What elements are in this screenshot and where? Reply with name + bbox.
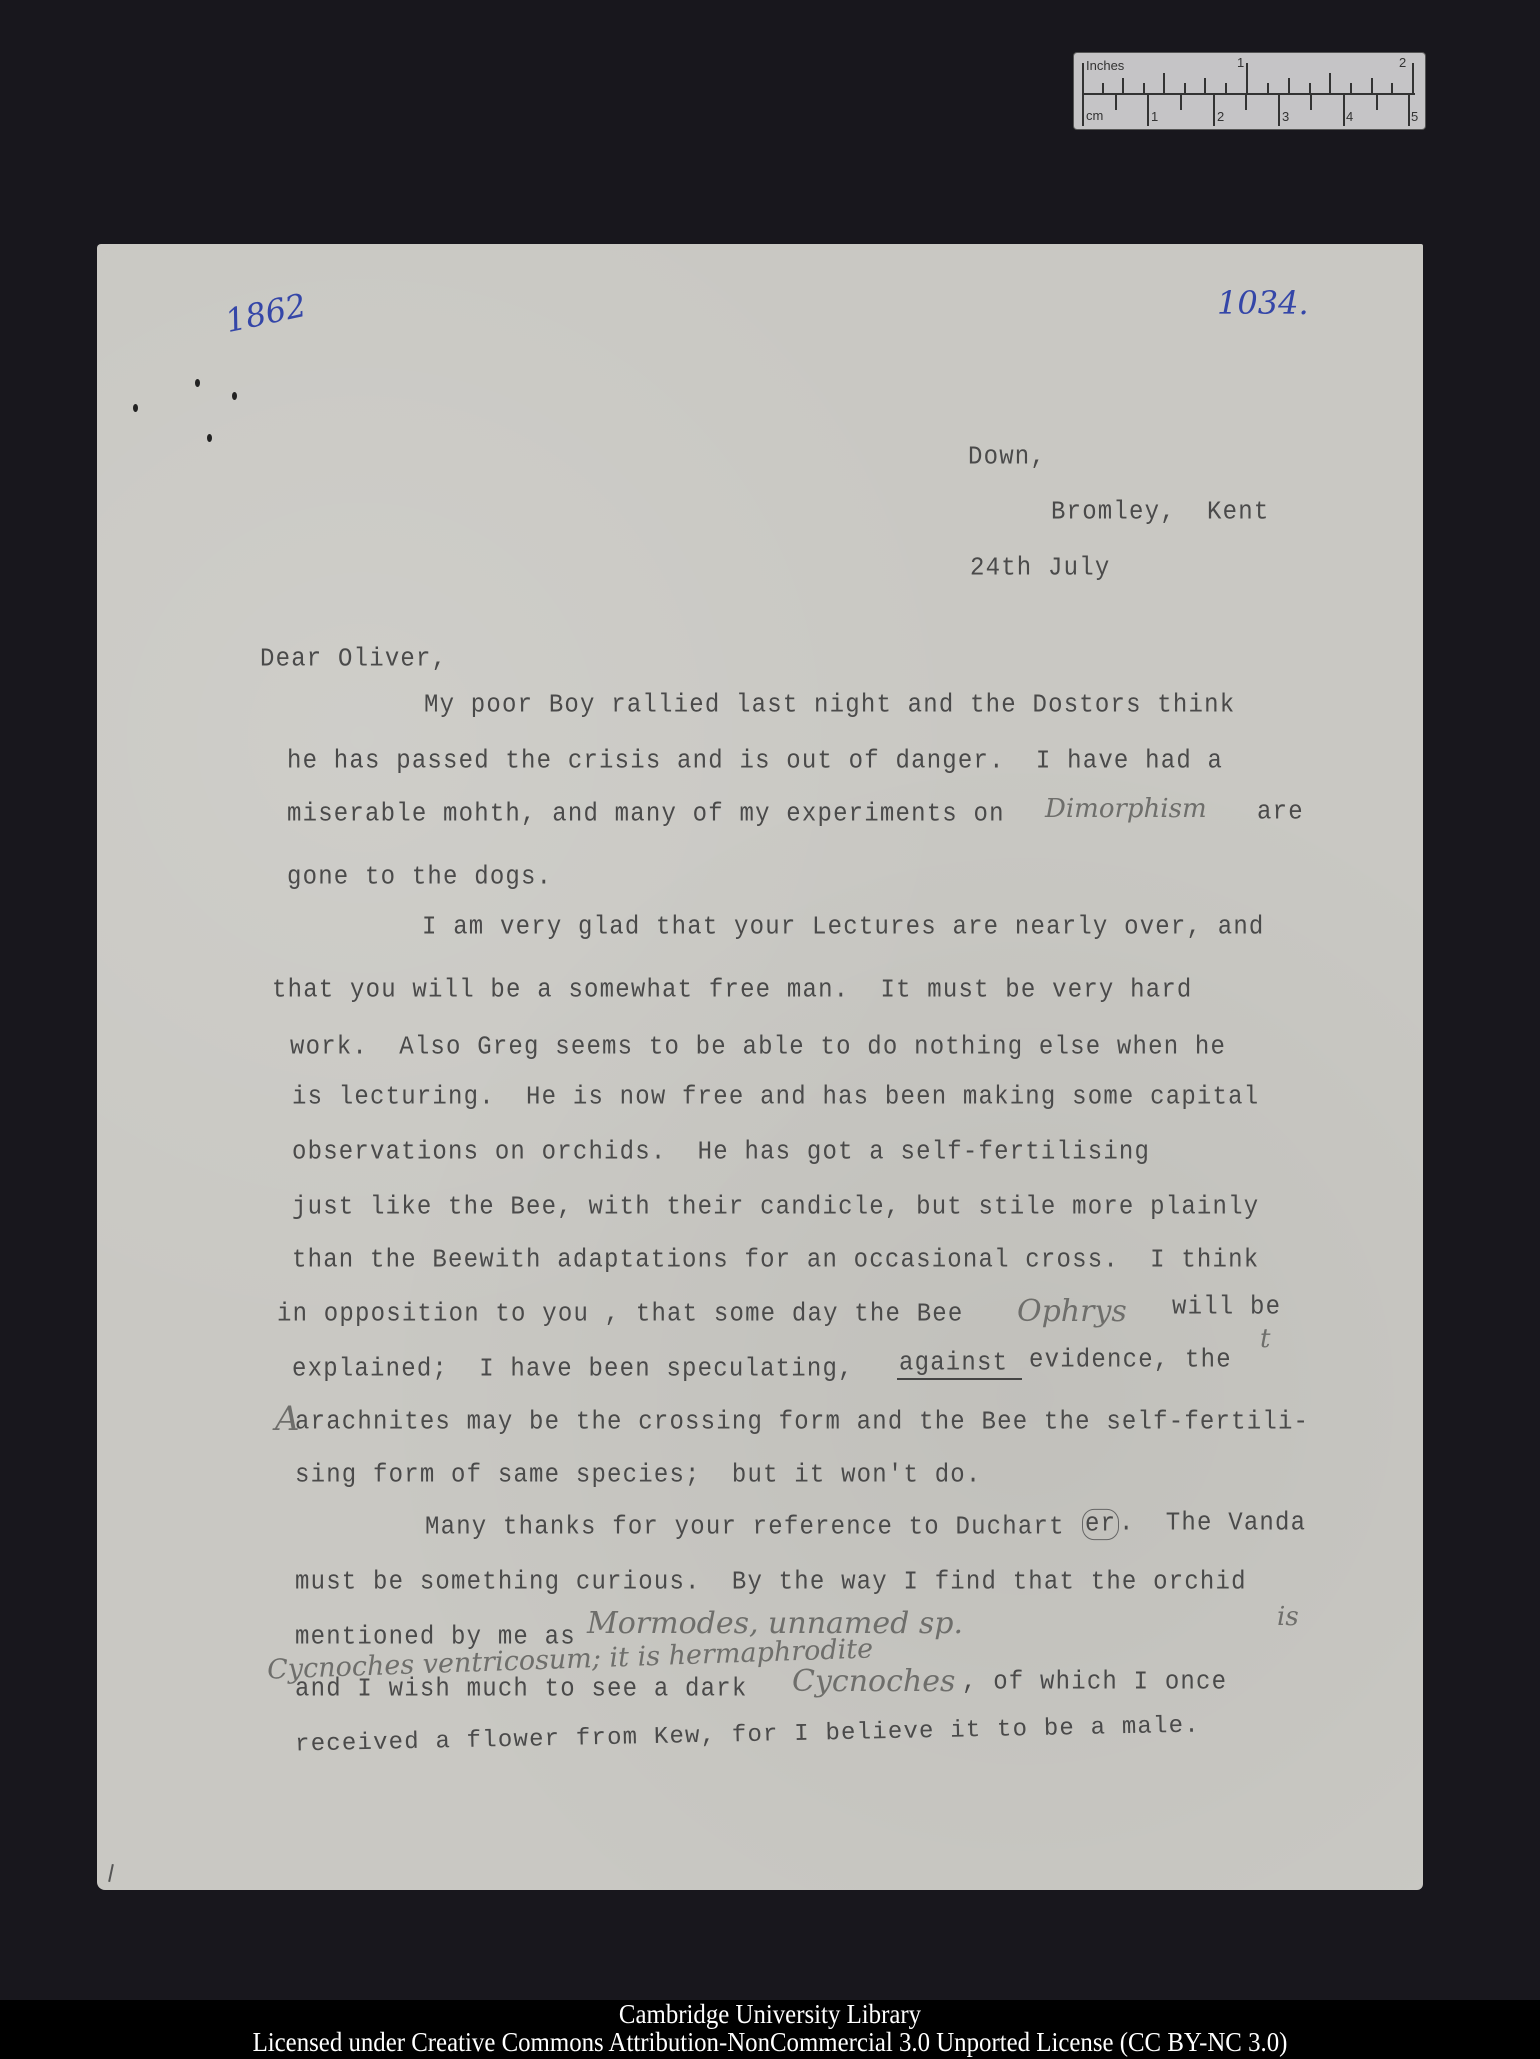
attribution-footer: Cambridge University Library Licensed un… — [0, 2000, 1540, 2059]
ruler-cm-5: 5 — [1411, 109, 1418, 124]
pencil-ophrys: Ophrys — [1017, 1294, 1127, 1329]
letter-date: 24th July — [970, 554, 1110, 583]
body-line: explained; I have been speculating, — [292, 1355, 854, 1384]
body-line: arachnites may be the crossing form and … — [295, 1408, 1309, 1437]
body-line: miserable mohth, and many of my experime… — [287, 800, 1005, 829]
punch-mark — [195, 379, 200, 387]
body-line: will be — [1172, 1293, 1281, 1322]
ruler-cm-1: 1 — [1151, 109, 1158, 124]
body-line: received a flower from Kew, for I believ… — [295, 1713, 1200, 1759]
body-line: Many thanks for your reference to Duchar… — [425, 1513, 1065, 1542]
underline-mark — [897, 1378, 1022, 1380]
body-line: I am very glad that your Lectures are ne… — [422, 913, 1265, 942]
body-line: sing form of same species; but it won't … — [295, 1461, 982, 1490]
body-line: My poor Boy rallied last night and the D… — [424, 691, 1235, 720]
ruler-inch-2: 2 — [1399, 55, 1406, 70]
salutation: Dear Oliver, — [260, 645, 447, 674]
folio-number: 1034. — [1217, 284, 1309, 322]
body-line: are — [1257, 798, 1304, 827]
body-line: just like the Bee, with their candicle, … — [292, 1193, 1259, 1222]
pencil-t: t — [1260, 1324, 1270, 1354]
body-line: in opposition to you , that some day the… — [277, 1300, 964, 1329]
ruler-axis — [1082, 93, 1415, 95]
ruler-cm-3: 3 — [1282, 109, 1289, 124]
punch-mark — [133, 404, 138, 412]
punch-mark — [232, 392, 237, 400]
body-line: , of which I once — [962, 1668, 1227, 1697]
pencil-mormodes: Mormodes, unnamed sp. — [587, 1606, 963, 1641]
pencil-mark — [108, 1864, 114, 1882]
address-line-1: Down, — [968, 443, 1046, 472]
circled-correction: er — [1082, 1509, 1119, 1540]
body-line: than the Beewith adaptations for an occa… — [292, 1246, 1259, 1275]
address-line-2: Bromley, Kent — [1051, 498, 1269, 527]
ruler-cm-label: cm — [1086, 108, 1103, 123]
scale-ruler: Inches 1 2 cm 1 2 3 4 5 — [1074, 53, 1425, 129]
body-line: gone to the dogs. — [287, 863, 552, 892]
ruler-cm-2: 2 — [1217, 109, 1224, 124]
pencil-is: is — [1277, 1602, 1299, 1632]
ruler-inch-1: 1 — [1237, 55, 1244, 70]
underlined-word: against — [899, 1349, 1008, 1378]
body-line: he has passed the crisis and is out of d… — [287, 747, 1223, 776]
institution-name: Cambridge University Library — [62, 2000, 1479, 2029]
pencil-dimorphism: Dimorphism — [1045, 794, 1207, 824]
pencil-cycnoches: Cycnoches — [792, 1664, 955, 1699]
body-line: must be something curious. By the way I … — [295, 1568, 1247, 1597]
body-line: that you will be a somewhat free man. It… — [272, 976, 1193, 1005]
body-line: is lecturing. He is now free and has bee… — [292, 1083, 1259, 1112]
year-annotation: 1862 — [222, 286, 310, 340]
body-line: and I wish much to see a dark — [295, 1675, 747, 1704]
license-text: Licensed under Creative Commons Attribut… — [62, 2028, 1479, 2057]
letter-page: 1862 1034. Down, Bromley, Kent 24th July… — [97, 244, 1423, 1890]
body-line: . The Vanda — [1119, 1509, 1306, 1538]
ruler-inches-label: Inches — [1086, 58, 1124, 73]
body-line: work. Also Greg seems to be able to do n… — [290, 1033, 1226, 1062]
body-line: evidence, the — [1029, 1346, 1232, 1375]
ruler-cm-4: 4 — [1346, 109, 1353, 124]
body-line: observations on orchids. He has got a se… — [292, 1138, 1150, 1167]
punch-mark — [207, 434, 212, 442]
